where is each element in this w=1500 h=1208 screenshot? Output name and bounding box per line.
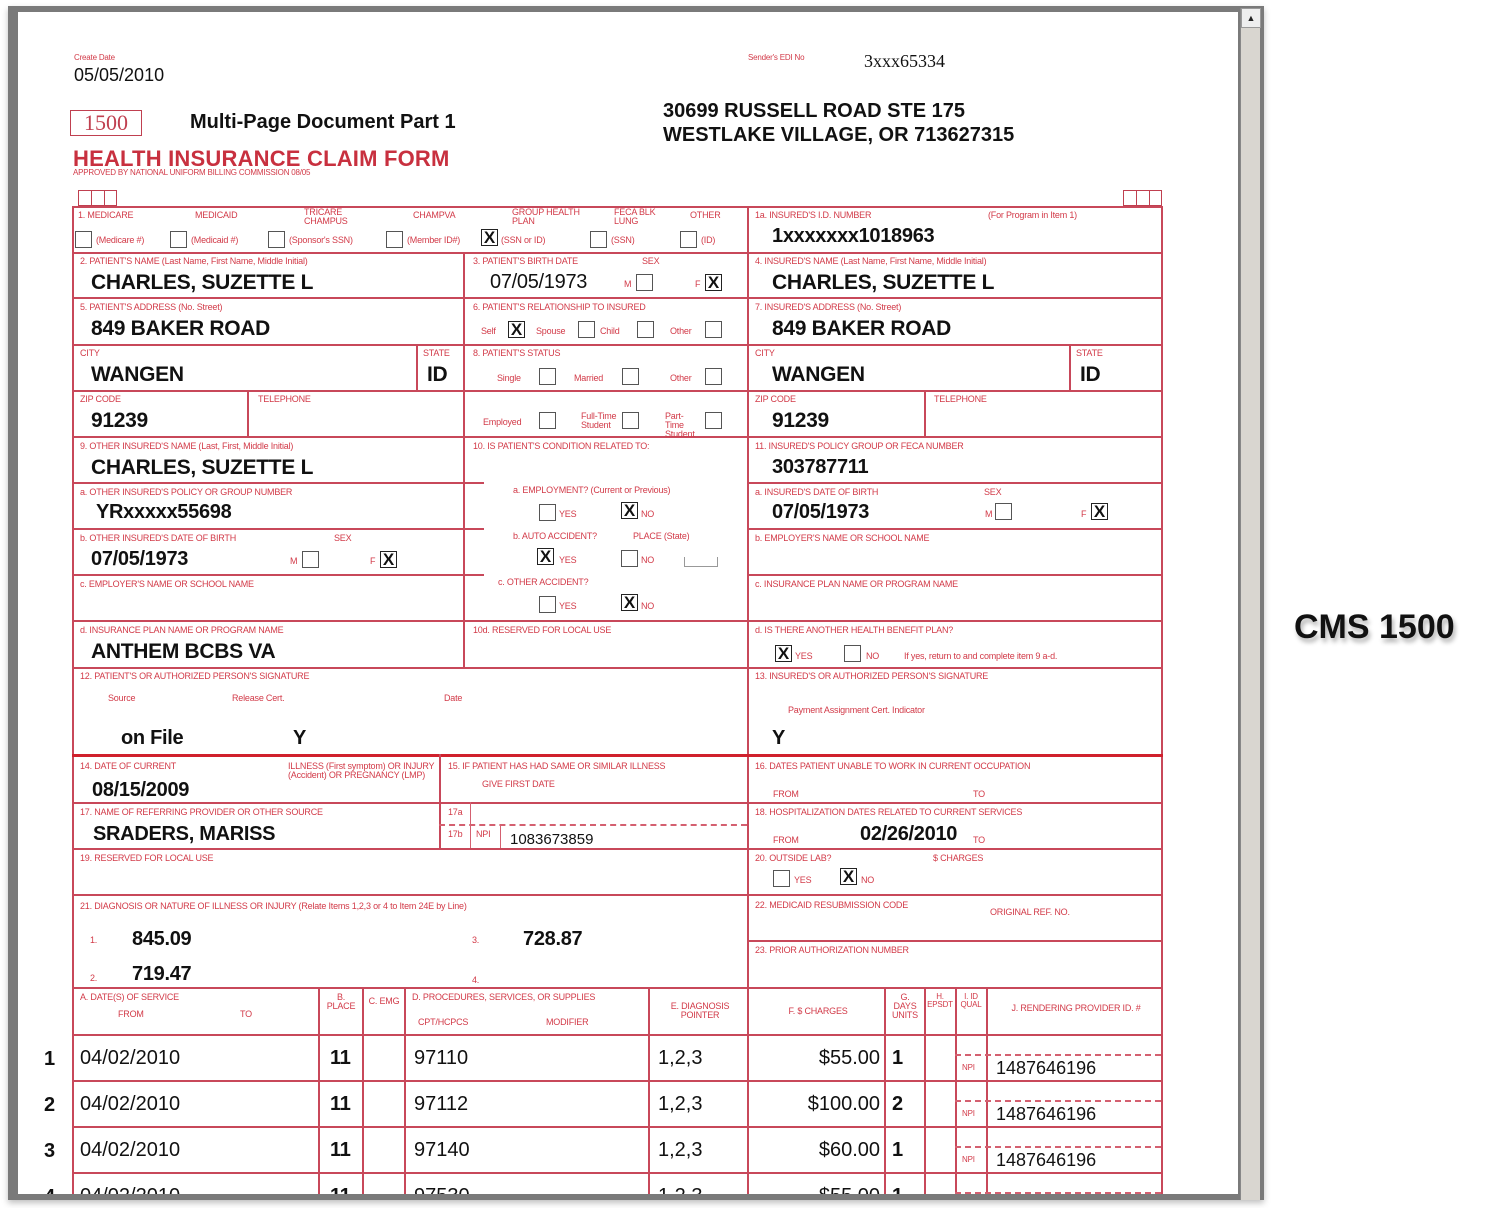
box5-phone-label: TELEPHONE [258,395,311,404]
insured-city-value: WANGEN [772,364,865,385]
other-accident-yes-checkbox[interactable] [539,596,556,613]
box10-label: 10. IS PATIENT'S CONDITION RELATED TO: [473,442,649,451]
diagnosis-1-value: 845.09 [132,929,191,949]
box21-n3: 3. [472,936,479,945]
box3-f-label: F [695,280,700,289]
referring-npi-value: 1083673859 [510,832,593,847]
grid-line [924,987,926,1194]
box6-self-label: Self [481,327,496,336]
service-date-1: 04/02/2010 [80,1048,180,1068]
box7-state-label: STATE [1076,349,1103,358]
grid-line [463,252,465,667]
grid-dash [955,1054,1161,1056]
grid-line [500,824,501,848]
box1-other-sub: (ID) [701,236,715,245]
status-ft-student-checkbox[interactable] [622,412,639,429]
grid-line [955,987,957,1194]
grid-line [72,344,1163,346]
box9b-label: b. OTHER INSURED'S DATE OF BIRTH [80,534,236,543]
side-caption: CMS 1500 [1294,608,1455,647]
box18-label: 18. HOSPITALIZATION DATES RELATED TO CUR… [755,808,1022,817]
insured-name-value: CHARLES, SUZETTE L [772,272,994,293]
box8-ft-student-label: Full-Time Student [581,412,617,430]
box10a-yes-label: YES [559,510,576,519]
col-a-header: A. DATE(S) OF SERVICE [80,993,179,1002]
col-c-header: C. EMG [366,993,402,1010]
box3-sex-label: SEX [642,257,659,266]
service-date-4: 04/02/2010 [80,1186,180,1194]
signature-source-value: on File [121,728,183,748]
status-pt-student-checkbox[interactable] [705,412,722,429]
status-other-checkbox[interactable] [705,368,722,385]
box1-feca-label: FECA BLK LUNG [614,208,664,226]
grid-line [72,574,484,576]
other-insured-sex-f-checkbox[interactable]: X [380,551,397,568]
box10b-label: b. AUTO ACCIDENT? [513,532,597,541]
grid-line [747,987,749,1194]
cpt-2: 97112 [414,1094,468,1114]
status-single-checkbox[interactable] [539,368,556,385]
box7-phone-label: TELEPHONE [934,395,987,404]
patient-city-value: WANGEN [91,364,184,385]
box16-from-label: FROM [773,790,799,799]
grid-line [72,667,1163,669]
box1a-label: 1a. INSURED'S I.D. NUMBER [755,211,871,220]
qual-3: NPI [962,1156,975,1164]
charges-4: $55.00 [758,1186,880,1194]
another-plan-no-checkbox[interactable] [844,645,861,662]
diagnosis-3-value: 728.87 [523,929,582,949]
provider-id-3: 1487646196 [996,1151,1096,1169]
units-3: 1 [892,1140,903,1160]
units-2: 2 [892,1094,903,1114]
status-married-checkbox[interactable] [622,368,639,385]
box6-spouse-label: Spouse [536,327,565,336]
box1a-note: (For Program in Item 1) [988,211,1077,220]
grid-line [986,987,988,1194]
box4-label: 4. INSURED'S NAME (Last Name, First Name… [755,257,986,266]
sender-edi-label: Sender's EDI No [748,54,804,62]
pointer-3: 1,2,3 [658,1140,702,1160]
box21-n1: 1. [90,936,97,945]
units-4: 1 [892,1186,903,1194]
box17b-npi-label: NPI [476,830,490,839]
box10b-yes-label: YES [559,556,576,565]
hospitalization-from-value: 02/26/2010 [860,824,957,844]
other-insured-policy-value: YRxxxxx55698 [96,502,231,522]
box6-other-label: Other [670,327,692,336]
scroll-up-arrow-icon[interactable]: ▲ [1241,8,1261,28]
box10b-place-label: PLACE (State) [633,532,689,541]
box5-state-label: STATE [423,349,450,358]
grid-line [924,390,926,436]
provider-id-1: 1487646196 [996,1059,1096,1077]
patient-birth-date-value: 07/05/1973 [490,272,587,292]
box9-label: 9. OTHER INSURED'S NAME (Last, First, Mi… [80,442,293,451]
vertical-scrollbar[interactable]: ▲ [1240,8,1260,1200]
grid-line [72,1080,1163,1082]
box1-medicare-label: 1. MEDICARE [78,211,133,220]
create-date-value: 05/05/2010 [74,66,164,84]
box5-label: 5. PATIENT'S ADDRESS (No. Street) [80,303,222,312]
box19-label: 19. RESERVED FOR LOCAL USE [80,854,213,863]
grid-line [747,940,1163,942]
box1-champva-checkbox[interactable] [386,231,403,248]
provider-id-2: 1487646196 [996,1105,1096,1123]
grid-line [72,894,1163,896]
grid-line [318,987,320,1194]
box20-yes-label: YES [794,876,811,885]
patient-sex-m-checkbox[interactable] [636,274,653,291]
line-number-4: 4 [44,1186,55,1194]
approved-by-text: APPROVED BY NATIONAL UNIFORM BILLING COM… [73,169,310,177]
grid-line [747,206,749,1039]
line-number-1: 1 [44,1048,55,1071]
box10b-no-label: NO [641,556,654,565]
charges-2: $100.00 [758,1094,880,1114]
qual-2: NPI [962,1110,975,1118]
box1-medicaid-label: MEDICAID [195,211,237,220]
cpt-3: 97140 [414,1140,470,1160]
col-f-header: F. $ CHARGES [778,1004,858,1018]
box8-other-label: Other [670,374,692,383]
col-j-header: J. RENDERING PROVIDER ID. # [996,1004,1156,1013]
box20-charges-label: $ CHARGES [933,854,983,863]
another-plan-yes-checkbox[interactable]: X [775,645,792,662]
document-title: Multi-Page Document Part 1 [190,111,456,134]
box20-label: 20. OUTSIDE LAB? [755,854,831,863]
box2-label: 2. PATIENT'S NAME (Last Name, First Name… [80,257,308,266]
box1-tricare-label: TRICARE CHAMPUS [304,208,354,226]
relationship-self-checkbox[interactable]: X [508,321,525,338]
other-insured-name-value: CHARLES, SUZETTE L [91,457,313,478]
box8-label: 8. PATIENT'S STATUS [473,349,560,358]
box1-medicaid-sub: (Medicaid #) [191,236,238,245]
col-i-header: I. ID QUAL [958,993,984,1009]
box1-medicaid-checkbox[interactable] [170,231,187,248]
release-cert-value: Y [293,728,306,748]
box11b-label: b. EMPLOYER'S NAME OR SCHOOL NAME [755,534,929,543]
grid-line [72,620,1163,622]
box14-illness-label: ILLNESS (First symptom) OR INJURY (Accid… [288,762,438,781]
box22-orig-label: ORIGINAL REF. NO. [990,908,1070,917]
box1-group-checkbox[interactable]: X [481,229,498,246]
cpt-4: 97530 [414,1186,470,1194]
box16-to-label: TO [973,790,985,799]
box11d-no-label: NO [866,652,879,661]
box8-married-label: Married [574,374,603,383]
grid-line [72,297,1163,299]
employment-yes-checkbox[interactable] [539,504,556,521]
box8-single-label: Single [497,374,521,383]
box17a-label: 17a [448,808,462,817]
col-e-header: E. DIAGNOSIS POINTER [664,1002,736,1020]
box11d-yes-label: YES [795,652,812,661]
box9b-m-label: M [290,557,297,566]
box11a-label: a. INSURED'S DATE OF BIRTH [755,488,878,497]
insured-state-value: ID [1080,364,1100,385]
grid-line [416,344,418,390]
patient-sex-f-checkbox[interactable]: X [705,274,722,291]
box3-label: 3. PATIENT'S BIRTH DATE [473,257,578,266]
grid-dash [955,1192,1161,1194]
box8-pt-student-label: Part-Time Student [665,412,701,439]
box10c-yes-label: YES [559,602,576,611]
insured-sex-f-checkbox[interactable]: X [1091,503,1108,520]
place-1: 11 [330,1048,351,1068]
box10c-no-label: NO [641,602,654,611]
charges-3: $60.00 [758,1140,880,1160]
grid-line [72,987,1163,989]
grid-line [747,528,1163,530]
grid-line [72,436,1163,438]
box15-sub-label: GIVE FIRST DATE [482,780,555,789]
box1-champva-label: CHAMPVA [413,211,455,220]
diagnosis-2-value: 719.47 [132,964,191,984]
box1-feca-sub: (SSN) [611,236,635,245]
box1-medicare-sub: (Medicare #) [96,236,144,245]
box6-label: 6. PATIENT'S RELATIONSHIP TO INSURED [473,303,646,312]
insured-sex-m-checkbox[interactable] [995,503,1012,520]
box3-m-label: M [624,280,631,289]
auto-accident-yes-checkbox[interactable]: X [537,548,554,565]
grid-dash [955,1146,1161,1148]
col-g-header: G. DAYS UNITS [888,993,922,1020]
box5-zip-label: ZIP CODE [80,395,121,404]
col-a-to-header: TO [240,1010,252,1019]
col-b-header: B. PLACE [322,993,360,1011]
charges-1: $55.00 [758,1048,880,1068]
box7-label: 7. INSURED'S ADDRESS (No. Street) [755,303,901,312]
line-number-3: 3 [44,1140,55,1163]
outside-lab-no-checkbox[interactable]: X [840,868,857,885]
box11d-label: d. IS THERE ANOTHER HEALTH BENEFIT PLAN? [755,626,953,635]
box1-tricare-checkbox[interactable] [268,231,285,248]
box17b-label: 17b [448,830,462,839]
patient-zip-value: 91239 [91,410,148,431]
grid-line [439,754,441,802]
patient-name-value: CHARLES, SUZETTE L [91,272,313,293]
pointer-1: 1,2,3 [658,1048,702,1068]
patient-state-value: ID [427,364,447,385]
box18-from-label: FROM [773,836,799,845]
grid-line-thick [72,754,1163,757]
payer-address: 30699 RUSSELL ROAD STE 175 WESTLAKE VILL… [663,99,1014,147]
box14-label: 14. DATE OF CURRENT [80,762,176,771]
box9c-label: c. EMPLOYER'S NAME OR SCHOOL NAME [80,580,254,589]
box9a-label: a. OTHER INSURED'S POLICY OR GROUP NUMBE… [80,488,292,497]
col-a-from-header: FROM [118,1010,144,1019]
col-d-cpt-header: CPT/HCPCS [418,1018,468,1027]
box20-no-label: NO [861,876,874,885]
place-state-field[interactable] [684,557,718,567]
place-4: 11 [330,1186,351,1194]
claim-form-page: Create Date 05/05/2010 Sender's EDI No 3… [18,12,1238,1194]
cpt-1: 97110 [414,1048,468,1068]
grid-line [72,482,484,484]
form-tick-boxes-right [1123,190,1162,206]
box11-label: 11. INSURED'S POLICY GROUP OR FECA NUMBE… [755,442,964,451]
other-accident-no-checkbox[interactable]: X [621,594,638,611]
box15-label: 15. IF PATIENT HAS HAD SAME OR SIMILAR I… [448,762,665,771]
insurance-plan-value: ANTHEM BCBS VA [91,641,275,662]
relationship-child-checkbox[interactable] [637,321,654,338]
grid-line [747,574,1163,576]
address-line-2: WESTLAKE VILLAGE, OR 713627315 [663,123,1014,147]
grid-dash [955,1100,1161,1102]
box5-city-label: CITY [80,349,100,358]
col-d-header: D. PROCEDURES, SERVICES, OR SUPPLIES [412,993,595,1002]
place-2: 11 [330,1094,351,1114]
form-number-badge: 1500 [70,110,142,136]
units-1: 1 [892,1048,903,1068]
box11c-label: c. INSURANCE PLAN NAME OR PROGRAM NAME [755,580,958,589]
status-employed-checkbox[interactable] [539,412,556,429]
grid-line [1069,344,1071,390]
grid-line [72,1034,1163,1036]
service-date-3: 04/02/2010 [80,1140,180,1160]
grid-line [747,482,1163,484]
box1-other-label: OTHER [690,211,721,220]
employment-no-checkbox[interactable]: X [621,502,638,519]
service-date-2: 04/02/2010 [80,1094,180,1114]
box16-label: 16. DATES PATIENT UNABLE TO WORK IN CURR… [755,762,1030,771]
box10c-label: c. OTHER ACCIDENT? [498,578,588,587]
box9b-f-label: F [370,557,375,566]
sender-edi-value: 3xxx65334 [864,52,945,70]
box6-child-label: Child [600,327,620,336]
other-insured-sex-m-checkbox[interactable] [302,551,319,568]
box7-zip-label: ZIP CODE [755,395,796,404]
box21-n4: 4. [472,976,479,985]
relationship-other-checkbox[interactable] [705,321,722,338]
box13-assign-label: Payment Assignment Cert. Indicator [788,706,925,715]
box1-other-checkbox[interactable] [680,231,697,248]
box8-employed-label: Employed [483,418,521,427]
payment-assignment-value: Y [772,728,785,748]
grid-line [362,987,364,1194]
grid-line [404,987,406,1194]
box21-label: 21. DIAGNOSIS OR NATURE OF ILLNESS OR IN… [80,902,467,911]
box22-label: 22. MEDICAID RESUBMISSION CODE [755,901,908,910]
box1-group-sub: (SSN or ID) [501,236,545,245]
box11a-f-label: F [1081,510,1086,519]
box17-label: 17. NAME OF REFERRING PROVIDER OR OTHER … [80,808,323,817]
box7-city-label: CITY [755,349,775,358]
insured-zip-value: 91239 [772,410,829,431]
box10a-label: a. EMPLOYMENT? (Current or Previous) [513,486,670,495]
pointer-4: 1,2,3 [658,1186,702,1194]
box1-feca-checkbox[interactable] [590,231,607,248]
grid-line [72,528,484,530]
insured-id-value: 1xxxxxxx1018963 [772,226,934,246]
outside-lab-yes-checkbox[interactable] [773,870,790,887]
grid-line [1161,206,1163,1194]
address-line-1: 30699 RUSSELL ROAD STE 175 [663,99,1014,123]
relationship-spouse-checkbox[interactable] [578,321,595,338]
date-of-current-value: 08/15/2009 [92,780,189,800]
line-number-2: 2 [44,1094,55,1117]
box11d-note: If yes, return to and complete item 9 a-… [904,652,1057,661]
box18-to-label: TO [973,836,985,845]
grid-line [72,1172,1163,1174]
box21-n2: 2. [90,974,97,983]
box23-label: 23. PRIOR AUTHORIZATION NUMBER [755,946,909,955]
box10a-no-label: NO [641,510,654,519]
form-tick-boxes-left [78,190,117,206]
box11a-m-label: M [985,510,992,519]
insured-address-value: 849 BAKER ROAD [772,318,951,339]
place-3: 11 [330,1140,351,1160]
col-d-mod-header: MODIFIER [546,1018,588,1027]
box1-tricare-sub: (Sponsor's SSN) [289,236,353,245]
box1-medicare-checkbox[interactable] [75,231,92,248]
box11a-sex-label: SEX [984,488,1001,497]
box1-champva-sub: (Member ID#) [407,236,460,245]
grid-line [72,390,1163,392]
box12-date-label: Date [444,694,462,703]
grid-line [72,802,1163,804]
grid-line [648,987,650,1194]
box12-source-label: Source [108,694,135,703]
box13-label: 13. INSURED'S OR AUTHORIZED PERSON'S SIG… [755,672,988,681]
grid-line [72,1126,1163,1128]
grid-line [72,252,1163,254]
box9b-sex-label: SEX [334,534,351,543]
box12-release-label: Release Cert. [232,694,284,703]
col-h-header: H. EPSDT [926,993,954,1009]
grid-line [72,206,74,1194]
grid-line [72,848,1163,850]
box10d-label: 10d. RESERVED FOR LOCAL USE [473,626,611,635]
other-insured-dob-value: 07/05/1973 [91,549,188,569]
grid-line [247,390,249,436]
qual-1: NPI [962,1064,975,1072]
grid-dash [439,824,747,826]
pointer-2: 1,2,3 [658,1094,702,1114]
insured-dob-value: 07/05/1973 [772,502,869,522]
create-date-label: Create Date [74,54,115,62]
grid-line [884,987,886,1194]
referring-provider-value: SRADERS, MARISS [93,824,275,844]
box1-group-label: GROUP HEALTH PLAN [512,208,582,226]
insured-policy-value: 303787711 [772,457,868,477]
box12-label: 12. PATIENT'S OR AUTHORIZED PERSON'S SIG… [80,672,309,681]
auto-accident-no-checkbox[interactable] [621,550,638,567]
box9d-label: d. INSURANCE PLAN NAME OR PROGRAM NAME [80,626,283,635]
patient-address-value: 849 BAKER ROAD [91,318,270,339]
